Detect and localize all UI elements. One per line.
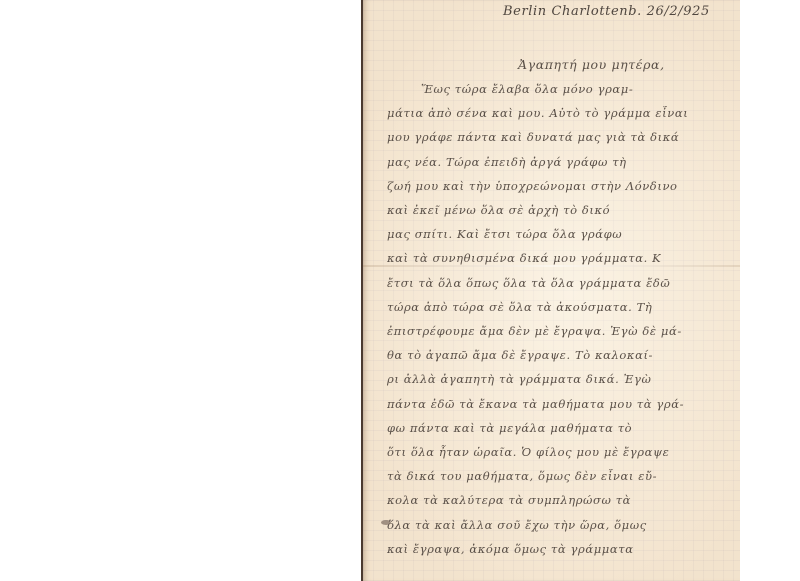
letter-line: ἔτσι τὰ ὅλα ὅπως ὅλα τὰ ὅλα γράμματα ἔδῶ xyxy=(387,276,670,290)
letter-line: Ἕως τώρα ἔλαβα ὅλα μόνο γραμ- xyxy=(421,82,633,96)
letter-header-place-date: Berlin Charlottenb. 26/2/925 xyxy=(503,4,710,19)
letter-line: ἐπιστρέφουμε ἄμα δὲν μὲ ἔγραψα. Ἐγὼ δὲ μ… xyxy=(387,324,682,338)
letter-page: Berlin Charlottenb. 26/2/925 Ἀγαπητή μου… xyxy=(361,0,740,581)
letter-line: μάτια ἀπὸ σένα καὶ μου. Αὐτὸ τὸ γράμμα ε… xyxy=(387,106,688,120)
letter-line: καὶ τὰ συνηθισμένα δικά μου γράμματα. Κ xyxy=(387,251,661,265)
letter-line: καὶ ἐκεῖ μένω ὅλα σὲ ἀρχὴ τὸ δικό xyxy=(387,203,610,217)
letter-line: ρι ἀλλὰ ἀγαπητὴ τὰ γράμματα δικά. Ἐγὼ xyxy=(387,372,651,386)
letter-line: μας νέα. Τώρα ἐπειδὴ ἀργά γράφω τὴ xyxy=(387,155,627,169)
letter-line: ὅλα τὰ καὶ ἄλλα σοῦ ἔχω τὴν ὥρα, ὅμως xyxy=(387,518,647,532)
letter-line: ζωή μου καὶ τὴν ὑποχρεώνομαι στὴν Λόνδιν… xyxy=(387,179,678,193)
letter-line: καὶ ἔγραψα, ἀκόμα ὅμως τὰ γράμματα xyxy=(387,542,634,556)
letter-line: πάντα ἐδῶ τὰ ἔκανα τὰ μαθήματα μου τὰ γρ… xyxy=(387,397,684,411)
letter-line: τώρα ἀπὸ τώρα σὲ ὅλα τὰ ἀκούσματα. Τὴ xyxy=(387,300,652,314)
letter-line: φω πάντα καὶ τὰ μεγάλα μαθήματα τὸ xyxy=(387,421,632,435)
letter-line: κολα τὰ καλύτερα τὰ συμπληρώσω τὰ xyxy=(387,493,631,507)
letter-line: θα τὸ ἀγαπῶ ἄμα δὲ ἔγραψε. Τὸ καλοκαί- xyxy=(387,348,653,362)
letter-line: τὰ δικά του μαθήματα, ὅμως δὲν εἶναι εὔ- xyxy=(387,469,657,483)
letter-salutation: Ἀγαπητή μου μητέρα, xyxy=(518,57,665,72)
letter-line: μας σπίτι. Καὶ ἔτσι τώρα ὅλα γράφω xyxy=(387,227,622,241)
ink-smudge xyxy=(381,520,391,525)
letter-line: μου γράφε πάντα καὶ δυνατά μας γιὰ τὰ δι… xyxy=(387,130,679,144)
letter-line: ὅτι ὅλα ἦταν ὡραῖα. Ὁ φίλος μου μὲ ἔγραψ… xyxy=(387,445,669,459)
